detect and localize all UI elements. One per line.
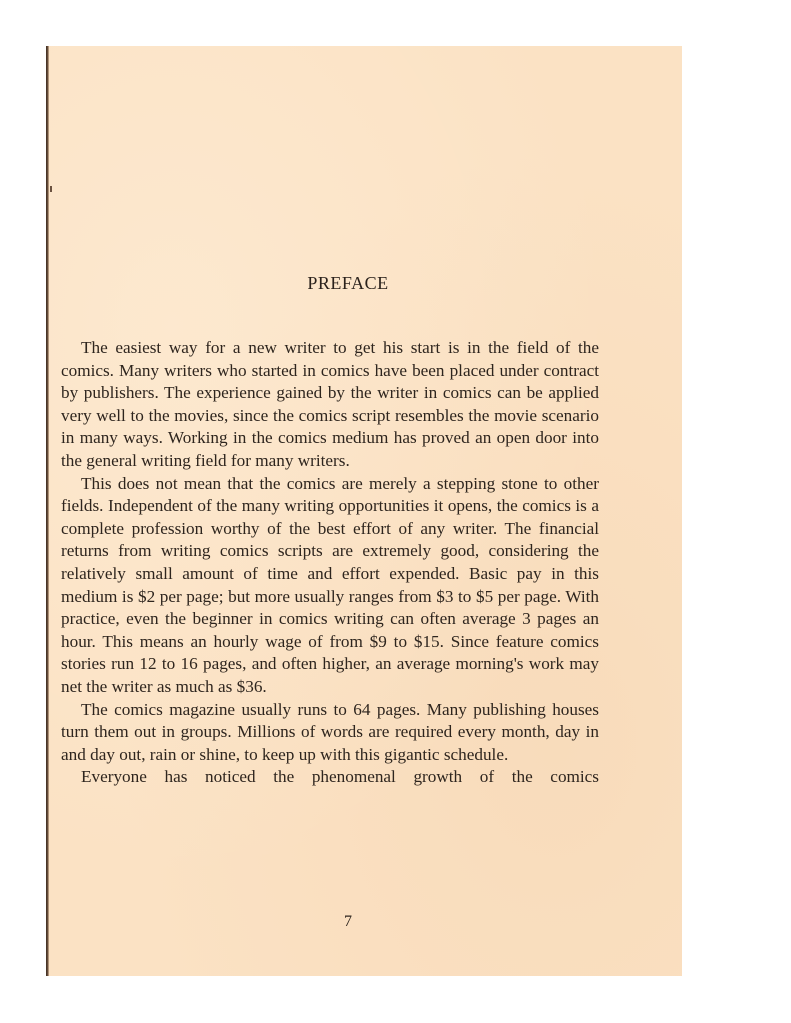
page-number: 7	[30, 913, 666, 931]
paragraph-1: The easiest way for a new writer to get …	[61, 337, 599, 473]
body-text: The easiest way for a new writer to get …	[61, 337, 599, 789]
paragraph-2: This does not mean that the comics are m…	[61, 473, 599, 699]
page-heading: PREFACE	[30, 273, 666, 294]
paragraph-3: The comics magazine usually runs to 64 p…	[61, 699, 599, 767]
page-edge-mark	[50, 186, 52, 192]
page-gutter-edge	[46, 46, 49, 976]
paragraph-4: Everyone has noticed the phenomenal grow…	[61, 766, 599, 789]
book-page: PREFACE The easiest way for a new writer…	[46, 46, 682, 976]
